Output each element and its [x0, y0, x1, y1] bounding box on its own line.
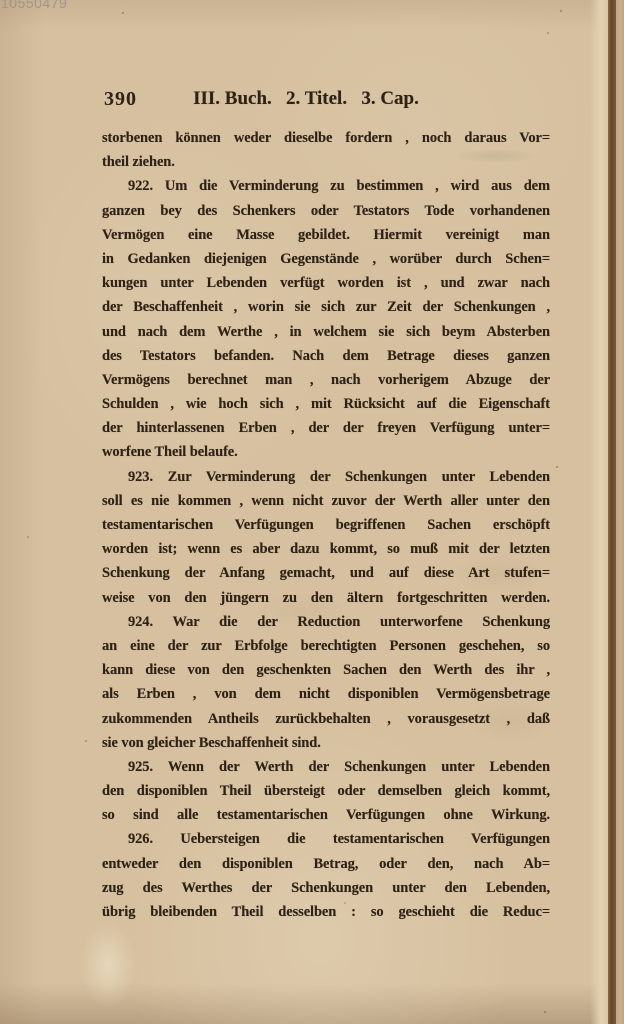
text-line: sie von gleicher Beschaffenheit sind. — [102, 731, 550, 755]
text-line: an eine der zur Erbfolge berechtigten Pe… — [102, 634, 550, 658]
paragraph-924: 924. War die der Reduction unterworfene … — [102, 610, 550, 755]
text-line: Schenkung der Anfang gemacht, und auf di… — [102, 561, 550, 585]
text-line: kann diese von den geschenkten Sachen de… — [102, 658, 550, 682]
paragraph-925: 925. Wenn der Werth der Schenkungen unte… — [102, 755, 550, 828]
text-line: der hinterlassenen Erben , der der freye… — [102, 416, 550, 440]
text-line: 926. Uebersteigen die testamentarischen … — [102, 827, 550, 851]
text-line: worden ist; wenn es aber dazu kommt, so … — [102, 537, 550, 561]
text-line: zug des Werthes der Schenkungen unter de… — [102, 876, 550, 900]
text-line: entweder den disponiblen Betrag, oder de… — [102, 852, 550, 876]
text-line: und nach dem Werthe , in welchem sie sic… — [102, 320, 550, 344]
text-line: übrig bleibenden Theil desselben : so ge… — [102, 900, 550, 924]
text-line: 923. Zur Verminderung der Schenkungen un… — [102, 465, 550, 489]
paragraph-continuation: storbenen können weder dieselbe fordern … — [102, 126, 550, 174]
text-line: kungen unter Lebenden verfügt worden ist… — [102, 271, 550, 295]
text-line: so sind alle testamentarischen Verfügung… — [102, 803, 550, 827]
text-line: worfene Theil belaufe. — [102, 440, 550, 464]
text-line: der Beschaffenheit , worin sie sich zur … — [102, 295, 550, 319]
text-line: Schulden , wie hoch sich , mit Rücksicht… — [102, 392, 550, 416]
running-header: III. Buch. 2. Titel. 3. Cap. — [86, 88, 526, 110]
scan-id-watermark: 10550479 — [1, 0, 67, 11]
text-line: testamentarischen Verfügungen begriffene… — [102, 513, 550, 537]
text-line: als Erben , von dem nicht disponiblen Ve… — [102, 682, 550, 706]
page-edge-shadow-line — [608, 0, 616, 1024]
text-line: soll es nie kommen , wenn nicht zuvor de… — [102, 489, 550, 513]
paragraph-926: 926. Uebersteigen die testamentarischen … — [102, 827, 550, 924]
text-line: theil ziehen. — [102, 150, 550, 174]
adjacent-pages-edge — [616, 0, 624, 1024]
book-page-scan: 10550479 390 III. Buch. 2. Titel. 3. Cap… — [0, 0, 624, 1024]
text-line: Vermögens berechnet man , nach vorherige… — [102, 368, 550, 392]
text-line: des Testators befanden. Nach dem Betrage… — [102, 344, 550, 368]
paragraph-923: 923. Zur Verminderung der Schenkungen un… — [102, 465, 550, 610]
text-line: zukommenden Antheils zurückbehalten , vo… — [102, 707, 550, 731]
text-block: storbenen können weder dieselbe fordern … — [102, 126, 550, 924]
text-line: storbenen können weder dieselbe fordern … — [102, 126, 550, 150]
text-line: 925. Wenn der Werth der Schenkungen unte… — [102, 755, 550, 779]
text-line: weise von den jüngern zu den ältern fort… — [102, 586, 550, 610]
running-header-row: 390 III. Buch. 2. Titel. 3. Cap. — [0, 88, 624, 114]
text-line: ganzen bey des Schenkers oder Testators … — [102, 199, 550, 223]
text-line: 924. War die der Reduction unterworfene … — [102, 610, 550, 634]
text-line: den disponiblen Theil übersteigt oder de… — [102, 779, 550, 803]
text-line: 922. Um die Verminderung zu bestimmen , … — [102, 174, 550, 198]
paragraph-922: 922. Um die Verminderung zu bestimmen , … — [102, 174, 550, 464]
page-edge-highlight — [590, 0, 608, 1024]
text-line: Vermögen eine Masse gebildet. Hiermit ve… — [102, 223, 550, 247]
text-line: in Gedanken diejenigen Gegenstände , wor… — [102, 247, 550, 271]
